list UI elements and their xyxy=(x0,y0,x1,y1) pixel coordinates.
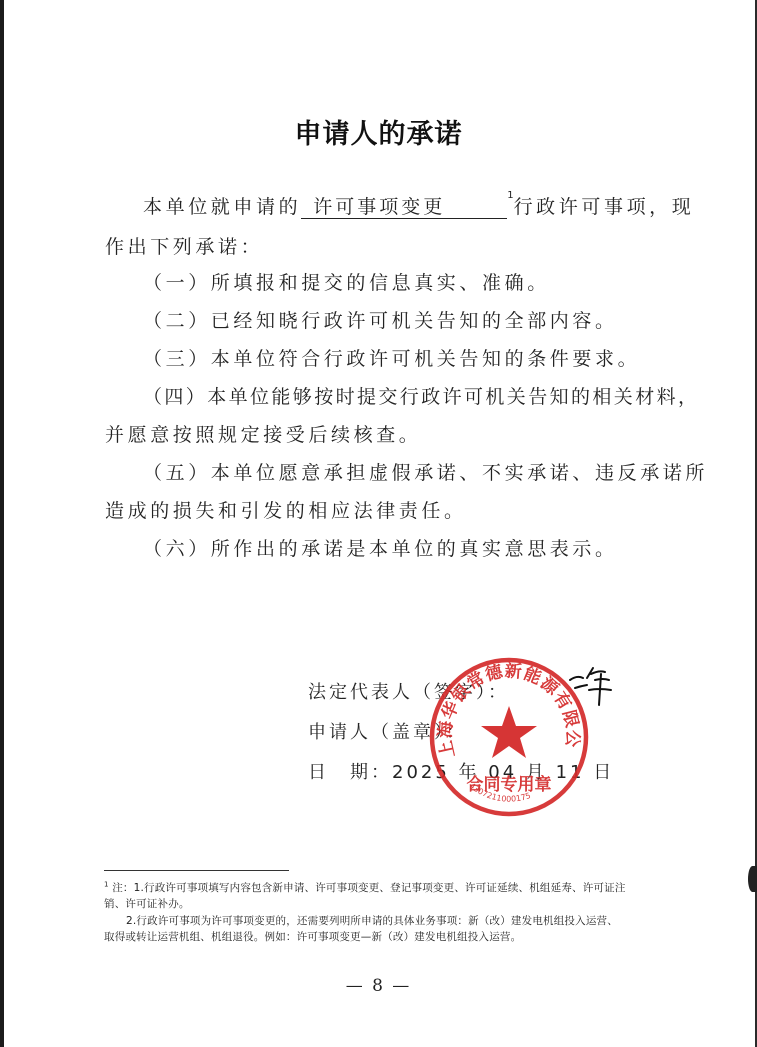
filled-item-field: 许可事项变更 xyxy=(301,196,507,219)
footnote-1-text: 注：1.行政许可事项填写内容包含新申请、许可事项变更、登记事项变更、许可证延续、… xyxy=(112,882,625,894)
footnote-divider xyxy=(104,870,289,871)
footnote-1-line-1: 1 注：1.行政许可事项填写内容包含新申请、许可事项变更、登记事项变更、许可证延… xyxy=(104,880,626,895)
footnote-marker: 1 xyxy=(104,881,109,889)
scan-smudge xyxy=(748,866,757,892)
commitment-2: （二）已经知晓行政许可机关告知的全部内容。 xyxy=(143,306,618,333)
date-label: 日 期： xyxy=(308,762,392,783)
footnote-1-line-2: 销、许可证补办。 xyxy=(104,896,190,911)
commitment-4-cont: 并愿意按照规定接受后续核查。 xyxy=(105,420,421,447)
intro-prefix: 本单位就申请的 xyxy=(143,196,301,218)
commitment-5-cont: 造成的损失和引发的相应法律责任。 xyxy=(105,496,467,523)
filled-item-value: 许可事项变更 xyxy=(313,196,445,218)
intro-suffix: 行政许可事项，现 xyxy=(514,196,695,218)
footnote-2-line-2: 取得或转让运营机组、机组退役。例如：许可事项变更—新（改）建发电机组投入运营。 xyxy=(104,929,521,944)
footnote-2-line-1: 2.行政许可事项为许可事项变更的，还需要列明所申请的具体业务事项：新（改）建发电… xyxy=(126,913,618,928)
commitment-4: （四）本单位能够按时提交行政许可机关告知的相关材料， xyxy=(143,382,699,409)
intro-line-1: 本单位就申请的许可事项变更1行政许可事项，现 xyxy=(143,192,694,219)
commitment-3: （三）本单位符合行政许可机关告知的条件要求。 xyxy=(143,344,640,371)
document-title: 申请人的承诺 xyxy=(0,112,757,151)
commitment-1: （一）所填报和提交的信息真实、准确。 xyxy=(143,268,550,295)
page-number: — 8 — xyxy=(0,976,757,996)
intro-line-2: 作出下列承诺： xyxy=(105,232,263,259)
commitment-6: （六）所作出的承诺是本单位的真实意思表示。 xyxy=(143,534,618,561)
scan-edge-left xyxy=(0,0,4,1047)
company-seal: 上海华银常德新能源有限公司 合同专用章 4307211000175 xyxy=(428,656,590,818)
commitment-5: （五）本单位愿意承担虚假承诺、不实承诺、违反承诺所 xyxy=(143,458,708,485)
footnote-ref: 1 xyxy=(507,190,513,201)
